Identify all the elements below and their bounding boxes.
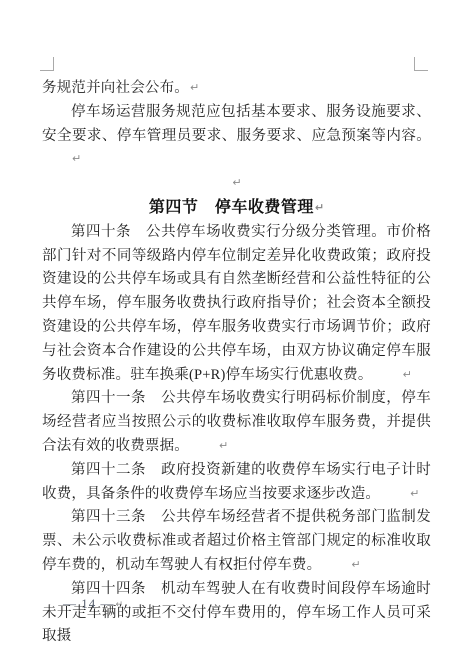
paragraph-text: 务规范并向社会公布。 [42,80,189,96]
paragraph-article-41: 第四十一条 公共停车场收费实行明码标价制度，停车场经营者应当按照公示的收费标准收… [42,387,431,458]
paragraph-continuation: 务规范并向社会公布。↵ [42,77,431,101]
paragraph-text: 停车场运营服务规范应包括基本要求、服务设施要求、安全要求、停车管理员要求、服务要… [42,104,431,144]
paragraph-mark-icon: ↵ [115,600,124,610]
paragraph-mark-icon: ↵ [373,363,412,387]
paragraph-mark-icon: ↵ [189,434,228,458]
text-boundary-mark-top-right [414,57,428,71]
paragraph-text: 第四十一条 公共停车场收费实行明码标价制度，停车场经营者应当按照公示的收费标准收… [42,390,431,454]
section-heading: 第四节 停车收费管理↵ [42,196,431,221]
paragraph-text: 第四十二条 政府投资新建的收费停车场实行电子计时收费，具备条件的收费停车场应当按… [42,462,431,502]
empty-paragraph: ↵ [42,172,431,196]
document-body: 务规范并向社会公布。↵ 停车场运营服务规范应包括基本要求、服务设施要求、安全要求… [42,77,431,649]
paragraph-text: 第四十条 公共停车场收费实行分级分类管理。市价格部门针对不同等级路内停车位制定差… [42,224,431,383]
paragraph-article-40: 第四十条 公共停车场收费实行分级分类管理。市价格部门针对不同等级路内停车位制定差… [42,221,431,388]
paragraph-mark-icon: ↵ [42,147,81,171]
paragraph-article-43: 第四十三条 公共停车场经营者不提供税务部门监制发票、未公示收费标准或者超过价格主… [42,506,431,577]
paragraph-mark-icon: ↵ [189,76,199,100]
paragraph-article-42: 第四十二条 政府投资新建的收费停车场实行电子计时收费，具备条件的收费停车场应当按… [42,459,431,507]
paragraph-article-44: 第四十四条 机动车驾驶人在有收费时间段停车场逾时未开走车辆的或拒不交付停车费用的… [42,578,431,649]
page-number: — 14 —↵ [63,596,123,612]
paragraph-text: 第四十四条 机动车驾驶人在有收费时间段停车场逾时未开走车辆的或拒不交付停车费用的… [42,581,431,645]
paragraph-service-spec: 停车场运营服务规范应包括基本要求、服务设施要求、安全要求、停车管理员要求、服务要… [42,101,431,172]
section-heading-text: 第四节 停车收费管理 [149,199,314,216]
document-page: { "document": { "pilcrow_mark": "↵", "pa… [0,0,471,666]
paragraph-mark-icon: ↵ [314,196,324,220]
page-number-text: — 14 — [63,596,115,611]
paragraph-mark-icon: ↵ [321,553,360,577]
paragraph-mark-icon: ↵ [231,171,241,195]
paragraph-mark-icon: ↵ [380,482,419,506]
paragraph-text: 第四十三条 公共停车场经营者不提供税务部门监制发票、未公示收费标准或者超过价格主… [42,509,431,573]
text-boundary-mark-top-left [40,57,54,71]
